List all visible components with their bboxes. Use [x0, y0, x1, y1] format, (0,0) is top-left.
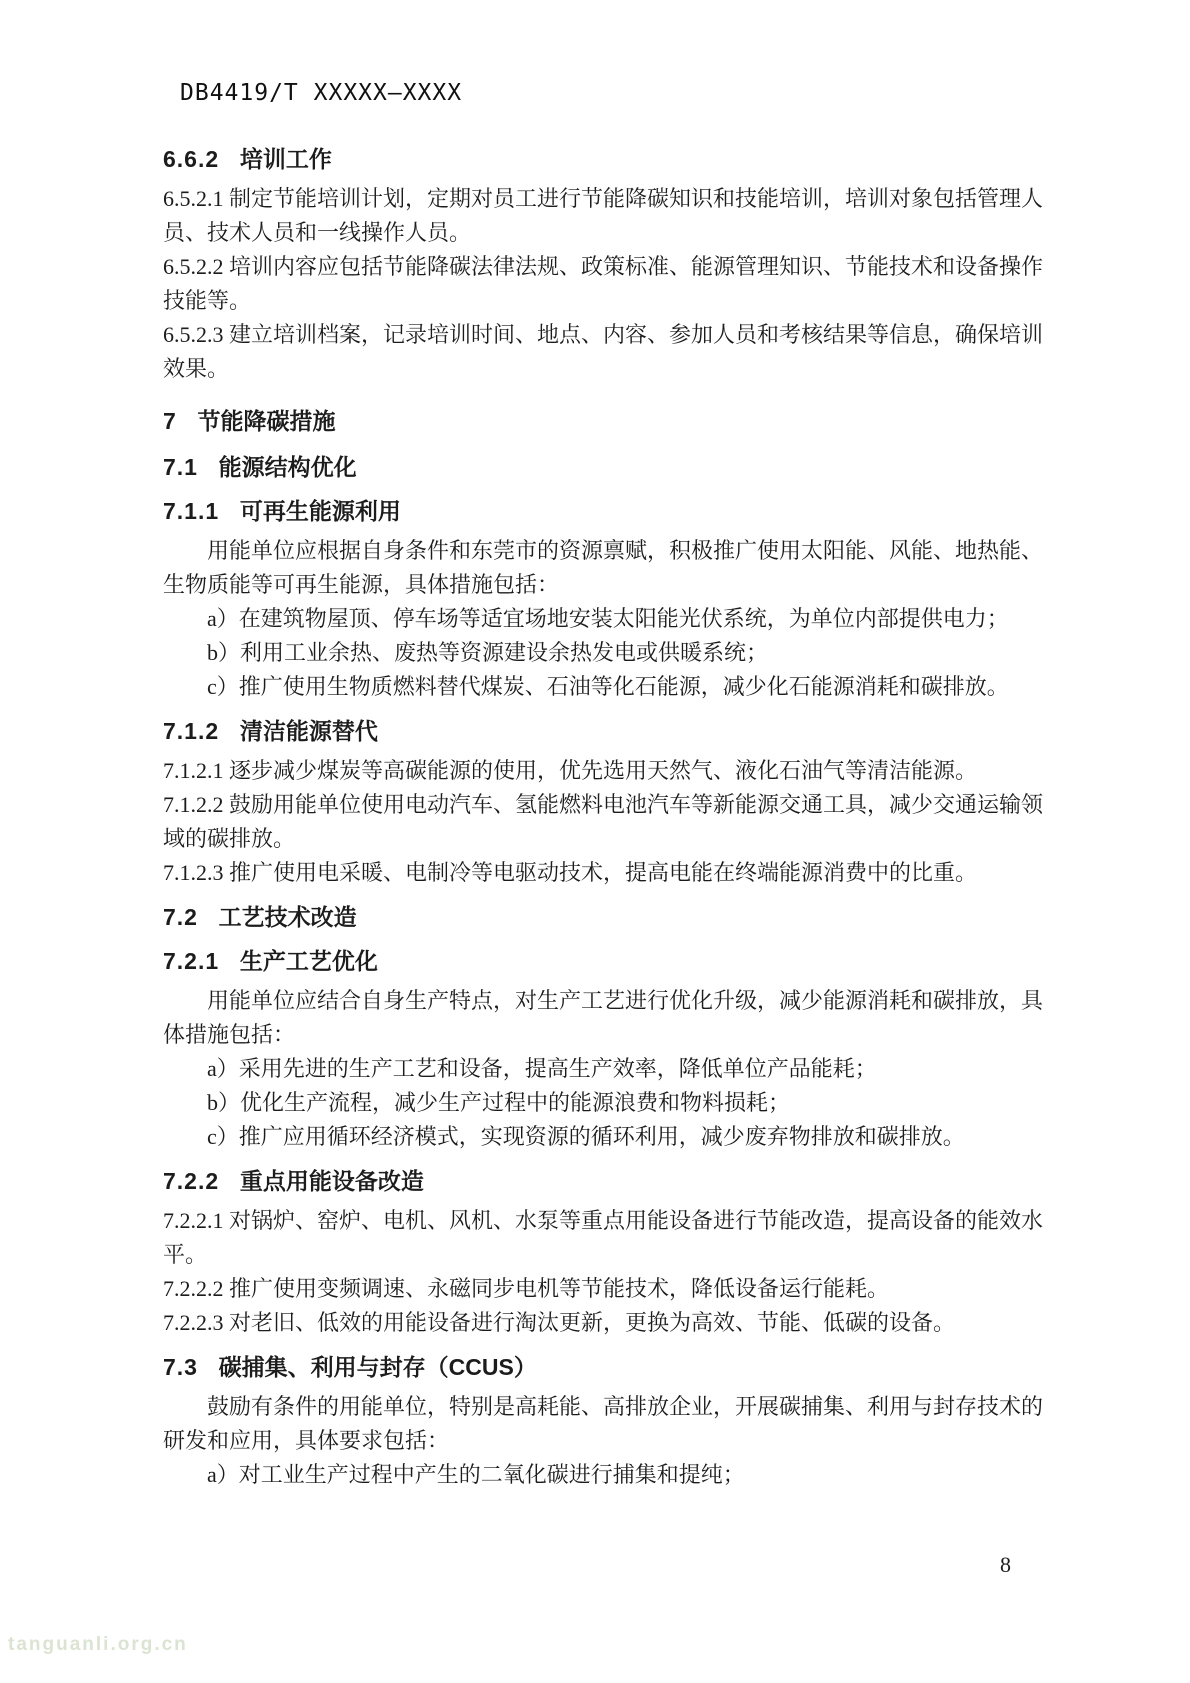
heading-number: 7.1.2 [163, 718, 219, 744]
clause-7-1-2-2: 7.1.2.2 鼓励用能单位使用电动汽车、氢能燃料电池汽车等新能源交通工具，减少… [163, 788, 1043, 856]
heading-number: 6.6.2 [163, 146, 219, 172]
clause-7-2-2-3: 7.2.2.3 对老旧、低效的用能设备进行淘汰更新，更换为高效、节能、低碳的设备… [163, 1306, 1043, 1340]
list-item-b: b）优化生产流程，减少生产过程中的能源浪费和物料损耗； [207, 1086, 1043, 1120]
heading-title: 生产工艺优化 [240, 948, 378, 974]
heading-number: 7.1.1 [163, 498, 219, 524]
clause-6-5-2-1: 6.5.2.1 制定节能培训计划，定期对员工进行节能降碳知识和技能培训，培训对象… [163, 182, 1043, 250]
document-page: DB4419/T XXXXX—XXXX 6.6.2培训工作 6.5.2.1 制定… [0, 0, 1190, 1683]
heading-number: 7.2.1 [163, 948, 219, 974]
clause-7-1-2-3: 7.1.2.3 推广使用电采暖、电制冷等电驱动技术，提高电能在终端能源消费中的比… [163, 856, 1043, 890]
heading-7: 7节能降碳措施 [163, 404, 1043, 438]
heading-7-2-1: 7.2.1生产工艺优化 [163, 944, 1043, 978]
list-item-a: a）在建筑物屋顶、停车场等适宜场地安装太阳能光伏系统，为单位内部提供电力； [207, 602, 1043, 636]
heading-7-1: 7.1能源结构优化 [163, 450, 1043, 484]
list-item-c: c）推广应用循环经济模式，实现资源的循环利用，减少废弃物排放和碳排放。 [207, 1120, 1043, 1154]
heading-title: 重点用能设备改造 [240, 1168, 424, 1194]
list-item-a: a）采用先进的生产工艺和设备，提高生产效率，降低单位产品能耗； [207, 1052, 1043, 1086]
list-item-b: b）利用工业余热、废热等资源建设余热发电或供暖系统； [207, 636, 1043, 670]
heading-7-2: 7.2工艺技术改造 [163, 900, 1043, 934]
clause-6-5-2-2: 6.5.2.2 培训内容应包括节能降碳法律法规、政策标准、能源管理知识、节能技术… [163, 250, 1043, 318]
heading-title: 能源结构优化 [219, 454, 357, 480]
paragraph-7-3-intro: 鼓励有条件的用能单位，特别是高耗能、高排放企业，开展碳捕集、利用与封存技术的研发… [163, 1390, 1043, 1458]
heading-number: 7.1 [163, 454, 198, 480]
clause-7-2-2-2: 7.2.2.2 推广使用变频调速、永磁同步电机等节能技术，降低设备运行能耗。 [163, 1272, 1043, 1306]
heading-title: 工艺技术改造 [219, 904, 357, 930]
page-number: 8 [1000, 1552, 1011, 1578]
list-item-c: c）推广使用生物质燃料替代煤炭、石油等化石能源，减少化石能源消耗和碳排放。 [207, 670, 1043, 704]
heading-title: 培训工作 [240, 146, 332, 172]
heading-title: 碳捕集、利用与封存（CCUS） [219, 1354, 537, 1380]
clause-7-2-2-1: 7.2.2.1 对锅炉、窑炉、电机、风机、水泵等重点用能设备进行节能改造，提高设… [163, 1204, 1043, 1272]
clause-6-5-2-3: 6.5.2.3 建立培训档案，记录培训时间、地点、内容、参加人员和考核结果等信息… [163, 318, 1043, 386]
heading-7-1-2: 7.1.2清洁能源替代 [163, 714, 1043, 748]
heading-number: 7 [163, 408, 177, 434]
heading-6-6-2: 6.6.2培训工作 [163, 142, 1043, 176]
paragraph-7-1-1-intro: 用能单位应根据自身条件和东莞市的资源禀赋，积极推广使用太阳能、风能、地热能、生物… [163, 534, 1043, 602]
document-body: 6.6.2培训工作 6.5.2.1 制定节能培训计划，定期对员工进行节能降碳知识… [163, 132, 1043, 1492]
doc-code-header: DB4419/T XXXXX—XXXX [180, 80, 462, 106]
watermark-text: tanguanli.org.cn [8, 1634, 188, 1656]
heading-number: 7.3 [163, 1354, 198, 1380]
heading-number: 7.2 [163, 904, 198, 930]
heading-number: 7.2.2 [163, 1168, 219, 1194]
heading-title: 清洁能源替代 [240, 718, 378, 744]
paragraph-7-2-1-intro: 用能单位应结合自身生产特点，对生产工艺进行优化升级，减少能源消耗和碳排放，具体措… [163, 984, 1043, 1052]
heading-7-2-2: 7.2.2重点用能设备改造 [163, 1164, 1043, 1198]
heading-title: 节能降碳措施 [197, 408, 335, 434]
heading-7-3: 7.3碳捕集、利用与封存（CCUS） [163, 1350, 1043, 1384]
heading-title: 可再生能源利用 [240, 498, 401, 524]
heading-7-1-1: 7.1.1可再生能源利用 [163, 494, 1043, 528]
clause-7-1-2-1: 7.1.2.1 逐步减少煤炭等高碳能源的使用，优先选用天然气、液化石油气等清洁能… [163, 754, 1043, 788]
list-item-a: a）对工业生产过程中产生的二氧化碳进行捕集和提纯； [207, 1458, 1043, 1492]
